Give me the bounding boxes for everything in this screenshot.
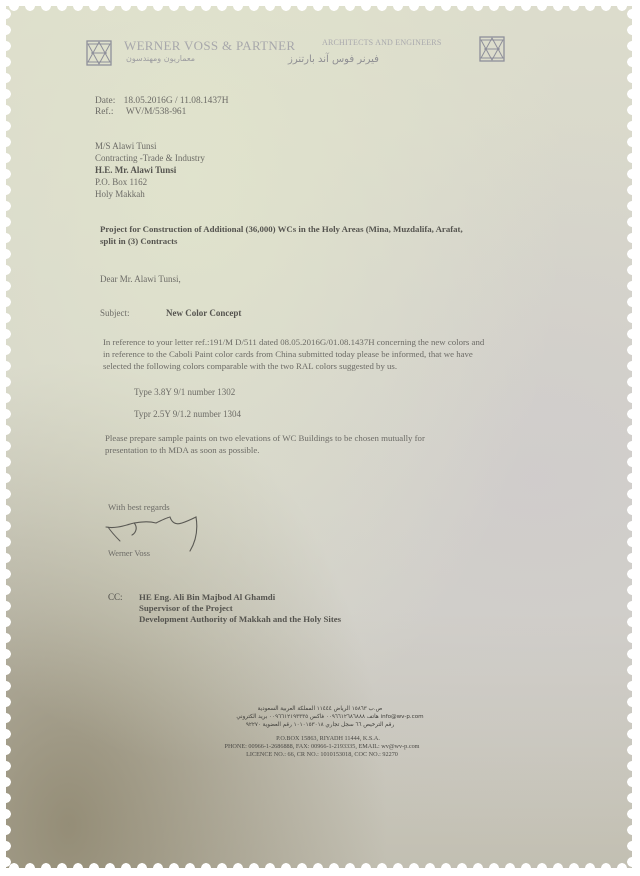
ref-value: WV/M/538-961 bbox=[126, 107, 186, 117]
footer-arabic-line-1: ص.ب ١٥٨٦٣ الرياض ١١٤٤٤ المملكة العربية ا… bbox=[0, 706, 640, 713]
ref-label: Ref.: bbox=[95, 107, 114, 117]
cc-line-2: Supervisor of the Project bbox=[139, 603, 233, 615]
signatory-name: Werner Voss bbox=[108, 548, 150, 560]
date-line: Date: 18.05.2016G / 11.08.1437H bbox=[95, 96, 229, 108]
recipient-line-2: Contracting -Trade & Industry bbox=[95, 153, 205, 165]
footer-licence: LICENCE NO.: 66, CR NO.: 1010153018, COC… bbox=[2, 751, 640, 758]
recipient-line-5: Holy Makkah bbox=[95, 189, 145, 201]
subject-value: New Color Concept bbox=[166, 308, 241, 320]
body-paragraph-1-line-1: In reference to your letter ref.:191/M D… bbox=[103, 337, 484, 349]
company-logo-left-icon bbox=[86, 40, 112, 66]
cc-line-1: HE Eng. Ali Bin Majbod Al Ghamdi bbox=[139, 592, 275, 604]
recipient-line-3: H.E. Mr. Alawi Tunsi bbox=[95, 165, 176, 177]
company-tagline-arabic: معماريون ومهندسون bbox=[126, 54, 195, 63]
company-name: WERNER VOSS & PARTNER bbox=[124, 38, 295, 54]
closing-regards: With best regards bbox=[108, 502, 170, 514]
company-name-arabic: فيرنر فوس آند بارتنرز bbox=[288, 54, 379, 65]
company-logo-right-icon bbox=[479, 36, 505, 62]
footer-address: P.O.BOX 15863, RIYADH 11444, K.S.A. bbox=[8, 735, 640, 742]
footer-arabic-line-3: رقم الترخيص ٦٦ سجل تجاري ١٠١٠١٥٣٠١٨ رقم … bbox=[0, 722, 640, 729]
stamp-edge-bottom bbox=[6, 862, 632, 868]
recipient-line-4: P.O. Box 1162 bbox=[95, 177, 147, 189]
color-item-1: Type 3.8Y 9/1 number 1302 bbox=[134, 387, 235, 399]
subject-label: Subject: bbox=[100, 308, 130, 320]
company-tagline: ARCHITECTS AND ENGINEERS bbox=[322, 38, 441, 47]
ref-line: Ref.: WV/M/538-961 bbox=[95, 107, 186, 119]
cc-line-3: Development Authority of Makkah and the … bbox=[139, 614, 341, 626]
project-title-line-1: Project for Construction of Additional (… bbox=[100, 224, 463, 236]
date-label: Date: bbox=[95, 96, 115, 106]
date-value: 18.05.2016G / 11.08.1437H bbox=[124, 96, 229, 106]
stamp-edge-top bbox=[6, 6, 632, 12]
body-paragraph-2-line-1: Please prepare sample paints on two elev… bbox=[105, 433, 425, 445]
body-paragraph-2-line-2: presentation to th MDA as soon as possib… bbox=[105, 445, 259, 457]
project-title-line-2: split in (3) Contracts bbox=[100, 236, 177, 248]
footer-contact: PHONE: 00966-1-2686888, FAX: 00966-1-219… bbox=[2, 743, 640, 750]
color-item-2: Typr 2.5Y 9/1.2 number 1304 bbox=[134, 409, 241, 421]
salutation: Dear Mr. Alawi Tunsi, bbox=[100, 274, 181, 286]
footer-arabic-line-2: هاتف ٠٠٩٦٦١٢٦٨٦٨٨٨ فاكس ٠٠٩٦٦١٢١٩٣٣٣٥ بر… bbox=[10, 714, 640, 721]
body-paragraph-1-line-3: selected the following colors comparable… bbox=[103, 361, 397, 373]
cc-label: CC: bbox=[108, 592, 123, 604]
body-paragraph-1-line-2: in reference to the Caboli Paint color c… bbox=[103, 349, 473, 361]
recipient-line-1: M/S Alawi Tunsi bbox=[95, 141, 157, 153]
